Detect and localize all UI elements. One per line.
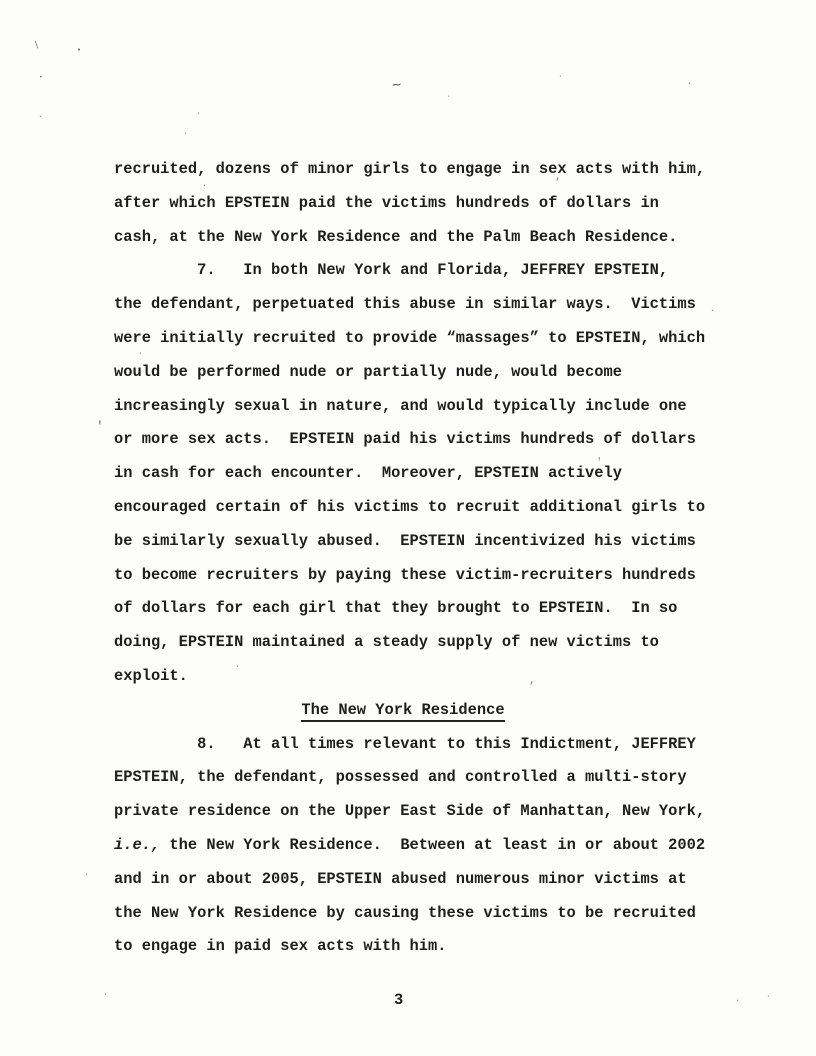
text-line: to engage in paid sex acts with him.	[114, 930, 718, 964]
line-text: to engage in paid sex acts with him.	[114, 937, 447, 955]
line-text: doing, EPSTEIN maintained a steady suppl…	[114, 633, 659, 651]
line-text: or more sex acts. EPSTEIN paid his victi…	[114, 430, 696, 448]
scan-speck: •	[39, 75, 43, 81]
line-text: and in or about 2005, EPSTEIN abused num…	[114, 870, 687, 888]
text-line: to become recruiters by paying these vic…	[114, 559, 718, 593]
text-line: increasingly sexual in nature, and would…	[114, 390, 718, 424]
text-line: after which EPSTEIN paid the victims hun…	[114, 187, 718, 221]
scan-squiggle-mark: ~	[391, 77, 403, 94]
text-line: the New York Residence by causing these …	[114, 897, 718, 931]
text-line: recruited, dozens of minor girls to enga…	[114, 153, 718, 187]
scan-speck: '	[96, 420, 104, 433]
scan-speck: •	[77, 48, 81, 55]
line-text: exploit.	[114, 667, 188, 685]
page-number: 3	[394, 991, 403, 1009]
line-text: the New York Residence. Between at least…	[160, 836, 705, 854]
line-text: the defendant, perpetuated this abuse in…	[114, 295, 696, 313]
scan-speck: •	[104, 993, 107, 998]
line-text: were initially recruited to provide “mas…	[114, 329, 705, 347]
text-line: private residence on the Upper East Side…	[114, 795, 718, 829]
line-text: 7. In both New York and Florida, JEFFREY…	[114, 261, 668, 279]
text-line: cash, at the New York Residence and the …	[114, 221, 718, 255]
scan-speck: •	[736, 999, 739, 1004]
scan-speck: •	[39, 115, 42, 120]
line-text: EPSTEIN, the defendant, possessed and co…	[114, 768, 687, 786]
line-text: to become recruiters by paying these vic…	[114, 566, 696, 584]
text-line: EPSTEIN, the defendant, possessed and co…	[114, 761, 718, 795]
text-line: 8. At all times relevant to this Indictm…	[114, 728, 718, 762]
scan-speck: •	[197, 112, 200, 117]
scan-speck: \	[32, 42, 40, 53]
line-text: The New York Residence	[301, 701, 504, 722]
line-text: 8. At all times relevant to this Indictm…	[114, 735, 696, 753]
line-text-italic: i.e.,	[114, 836, 160, 854]
text-line: and in or about 2005, EPSTEIN abused num…	[114, 863, 718, 897]
text-line: would be performed nude or partially nud…	[114, 356, 718, 390]
line-text: of dollars for each girl that they broug…	[114, 599, 677, 617]
scan-speck: •	[447, 95, 450, 100]
scan-speck: •	[688, 82, 691, 87]
text-line: or more sex acts. EPSTEIN paid his victi…	[114, 423, 718, 457]
line-text: after which EPSTEIN paid the victims hun…	[114, 194, 659, 212]
line-text: cash, at the New York Residence and the …	[114, 228, 677, 246]
scan-speck: •	[85, 873, 88, 878]
line-text: encouraged certain of his victims to rec…	[114, 498, 705, 516]
text-line: encouraged certain of his victims to rec…	[114, 491, 718, 525]
line-text: be similarly sexually abused. EPSTEIN in…	[114, 532, 696, 550]
text-line: of dollars for each girl that they broug…	[114, 592, 718, 626]
text-line: doing, EPSTEIN maintained a steady suppl…	[114, 626, 718, 660]
scan-speck: •	[767, 995, 770, 1000]
scan-speck: •	[184, 132, 187, 137]
text-line: the defendant, perpetuated this abuse in…	[114, 288, 718, 322]
line-text: recruited, dozens of minor girls to enga…	[114, 160, 705, 178]
text-line: exploit.	[114, 660, 718, 694]
scanned-indictment-page: recruited, dozens of minor girls to enga…	[0, 0, 816, 1056]
line-text: the New York Residence by causing these …	[114, 904, 696, 922]
line-text: increasingly sexual in nature, and would…	[114, 397, 687, 415]
text-line: in cash for each encounter. Moreover, EP…	[114, 457, 718, 491]
section-heading: The New York Residence	[101, 694, 705, 728]
line-text: would be performed nude or partially nud…	[114, 363, 622, 381]
text-line: i.e., the New York Residence. Between at…	[114, 829, 718, 863]
line-text: private residence on the Upper East Side…	[114, 802, 705, 820]
line-text: in cash for each encounter. Moreover, EP…	[114, 464, 622, 482]
scan-speck: •	[559, 75, 562, 80]
text-line: were initially recruited to provide “mas…	[114, 322, 718, 356]
document-body: recruited, dozens of minor girls to enga…	[114, 153, 718, 964]
text-line: 7. In both New York and Florida, JEFFREY…	[114, 254, 718, 288]
text-line: be similarly sexually abused. EPSTEIN in…	[114, 525, 718, 559]
